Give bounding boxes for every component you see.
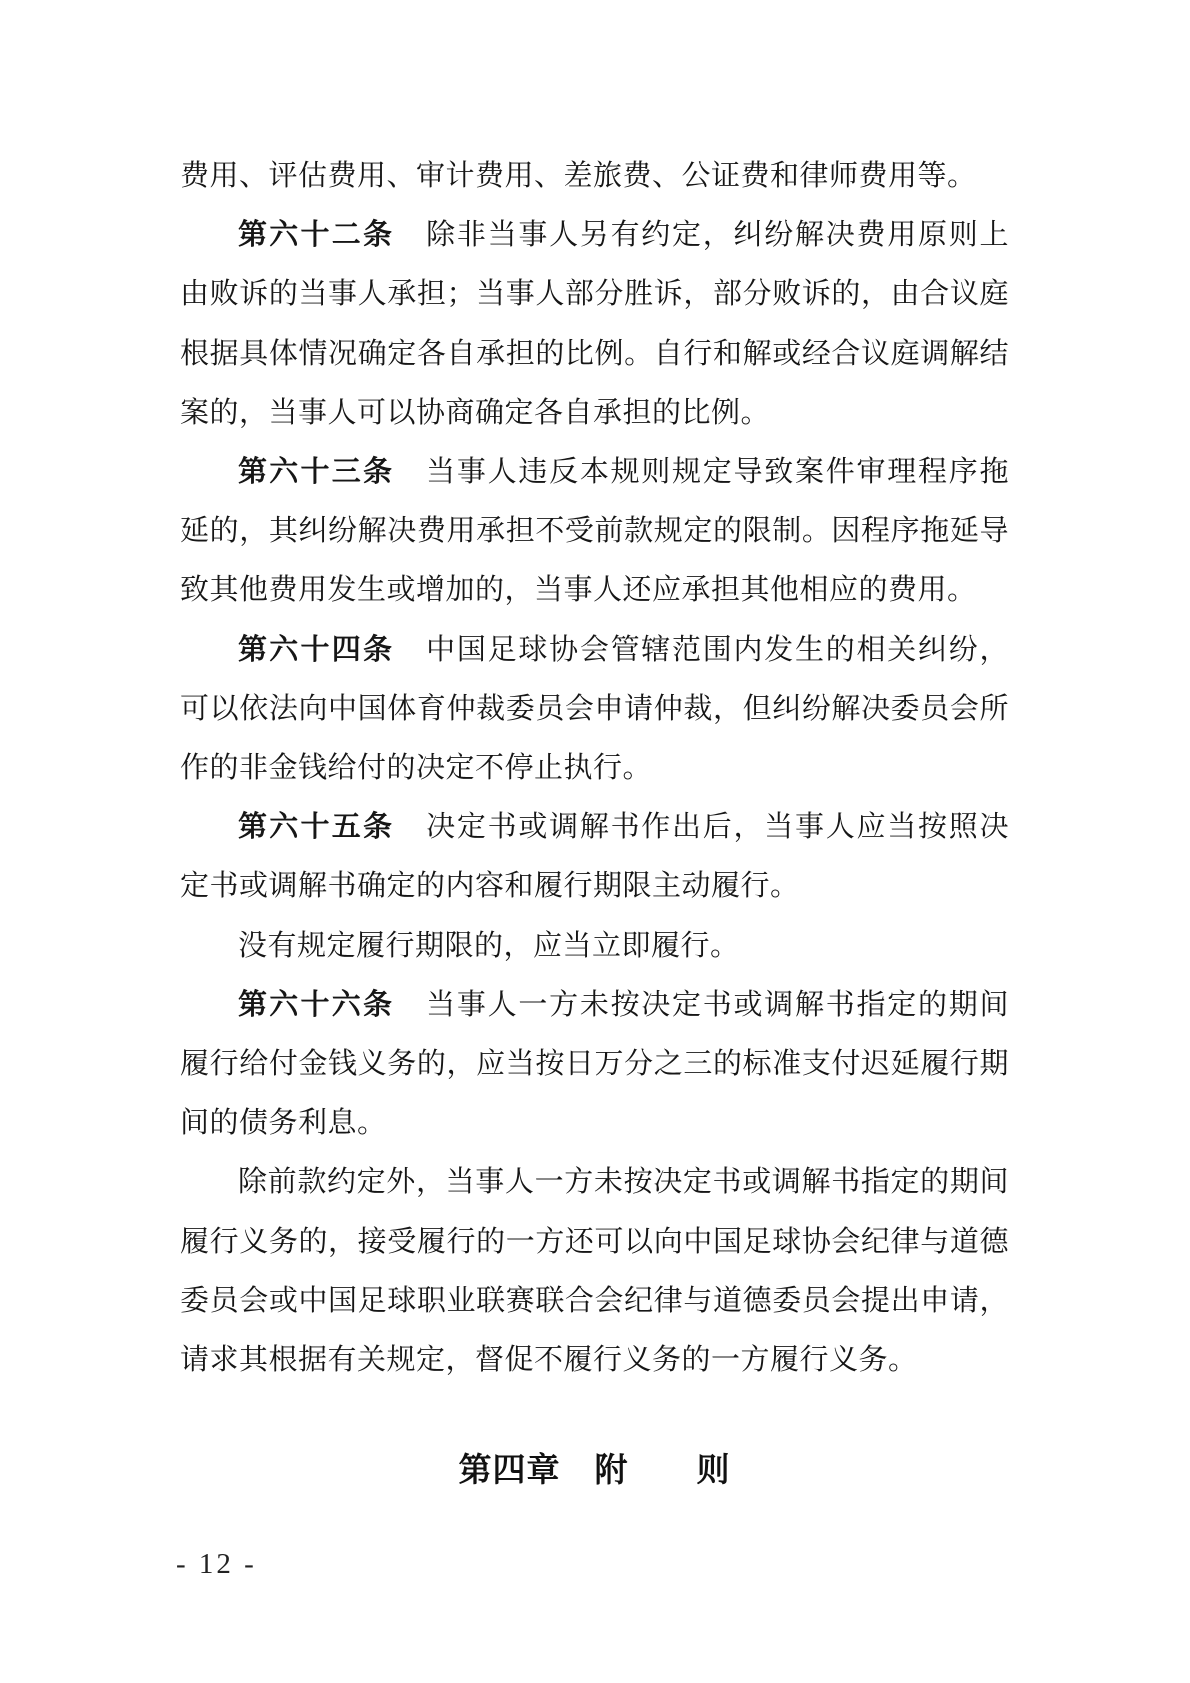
document-page: 费用、评估费用、审计费用、差旅费、公证费和律师费用等。 第六十二条除非当事人另有… — [0, 0, 1190, 1683]
paragraph: 第六十六条当事人一方未按决定书或调解书指定的期间履行给付金钱义务的，应当按日万分… — [180, 976, 1009, 1154]
paragraph-text: 费用、评估费用、审计费用、差旅费、公证费和律师费用等。 — [180, 160, 977, 192]
paragraph: 第六十三条当事人违反本规则规定导致案件审理程序拖延的，其纠纷解决费用承担不受前款… — [180, 443, 1009, 621]
article-number: 第六十二条 — [238, 219, 394, 251]
article-number: 第六十六条 — [238, 989, 394, 1021]
article-number: 第六十五条 — [238, 811, 394, 843]
page-number: - 12 - — [176, 1548, 257, 1581]
paragraph: 没有规定履行期限的，应当立即履行。 — [180, 917, 1009, 976]
document-body: 费用、评估费用、审计费用、差旅费、公证费和律师费用等。 第六十二条除非当事人另有… — [180, 147, 1009, 1390]
article-number: 第六十三条 — [238, 456, 394, 488]
article-number: 第六十四条 — [238, 634, 394, 666]
paragraph: 第六十四条中国足球协会管辖范围内发生的相关纠纷，可以依法向中国体育仲裁委员会申请… — [180, 621, 1009, 799]
paragraph: 第六十五条决定书或调解书作出后，当事人应当按照决定书或调解书确定的内容和履行期限… — [180, 798, 1009, 916]
paragraph: 第六十二条除非当事人另有约定，纠纷解决费用原则上由败诉的当事人承担；当事人部分胜… — [180, 206, 1009, 443]
paragraph-text: 没有规定履行期限的，应当立即履行。 — [238, 930, 740, 962]
paragraph: 除前款约定外，当事人一方未按决定书或调解书指定的期间履行义务的，接受履行的一方还… — [180, 1153, 1009, 1390]
paragraph-text: 除前款约定外，当事人一方未按决定书或调解书指定的期间履行义务的，接受履行的一方还… — [180, 1166, 1009, 1376]
chapter-heading: 第四章 附 则 — [180, 1444, 1009, 1491]
paragraph: 费用、评估费用、审计费用、差旅费、公证费和律师费用等。 — [180, 147, 1009, 206]
